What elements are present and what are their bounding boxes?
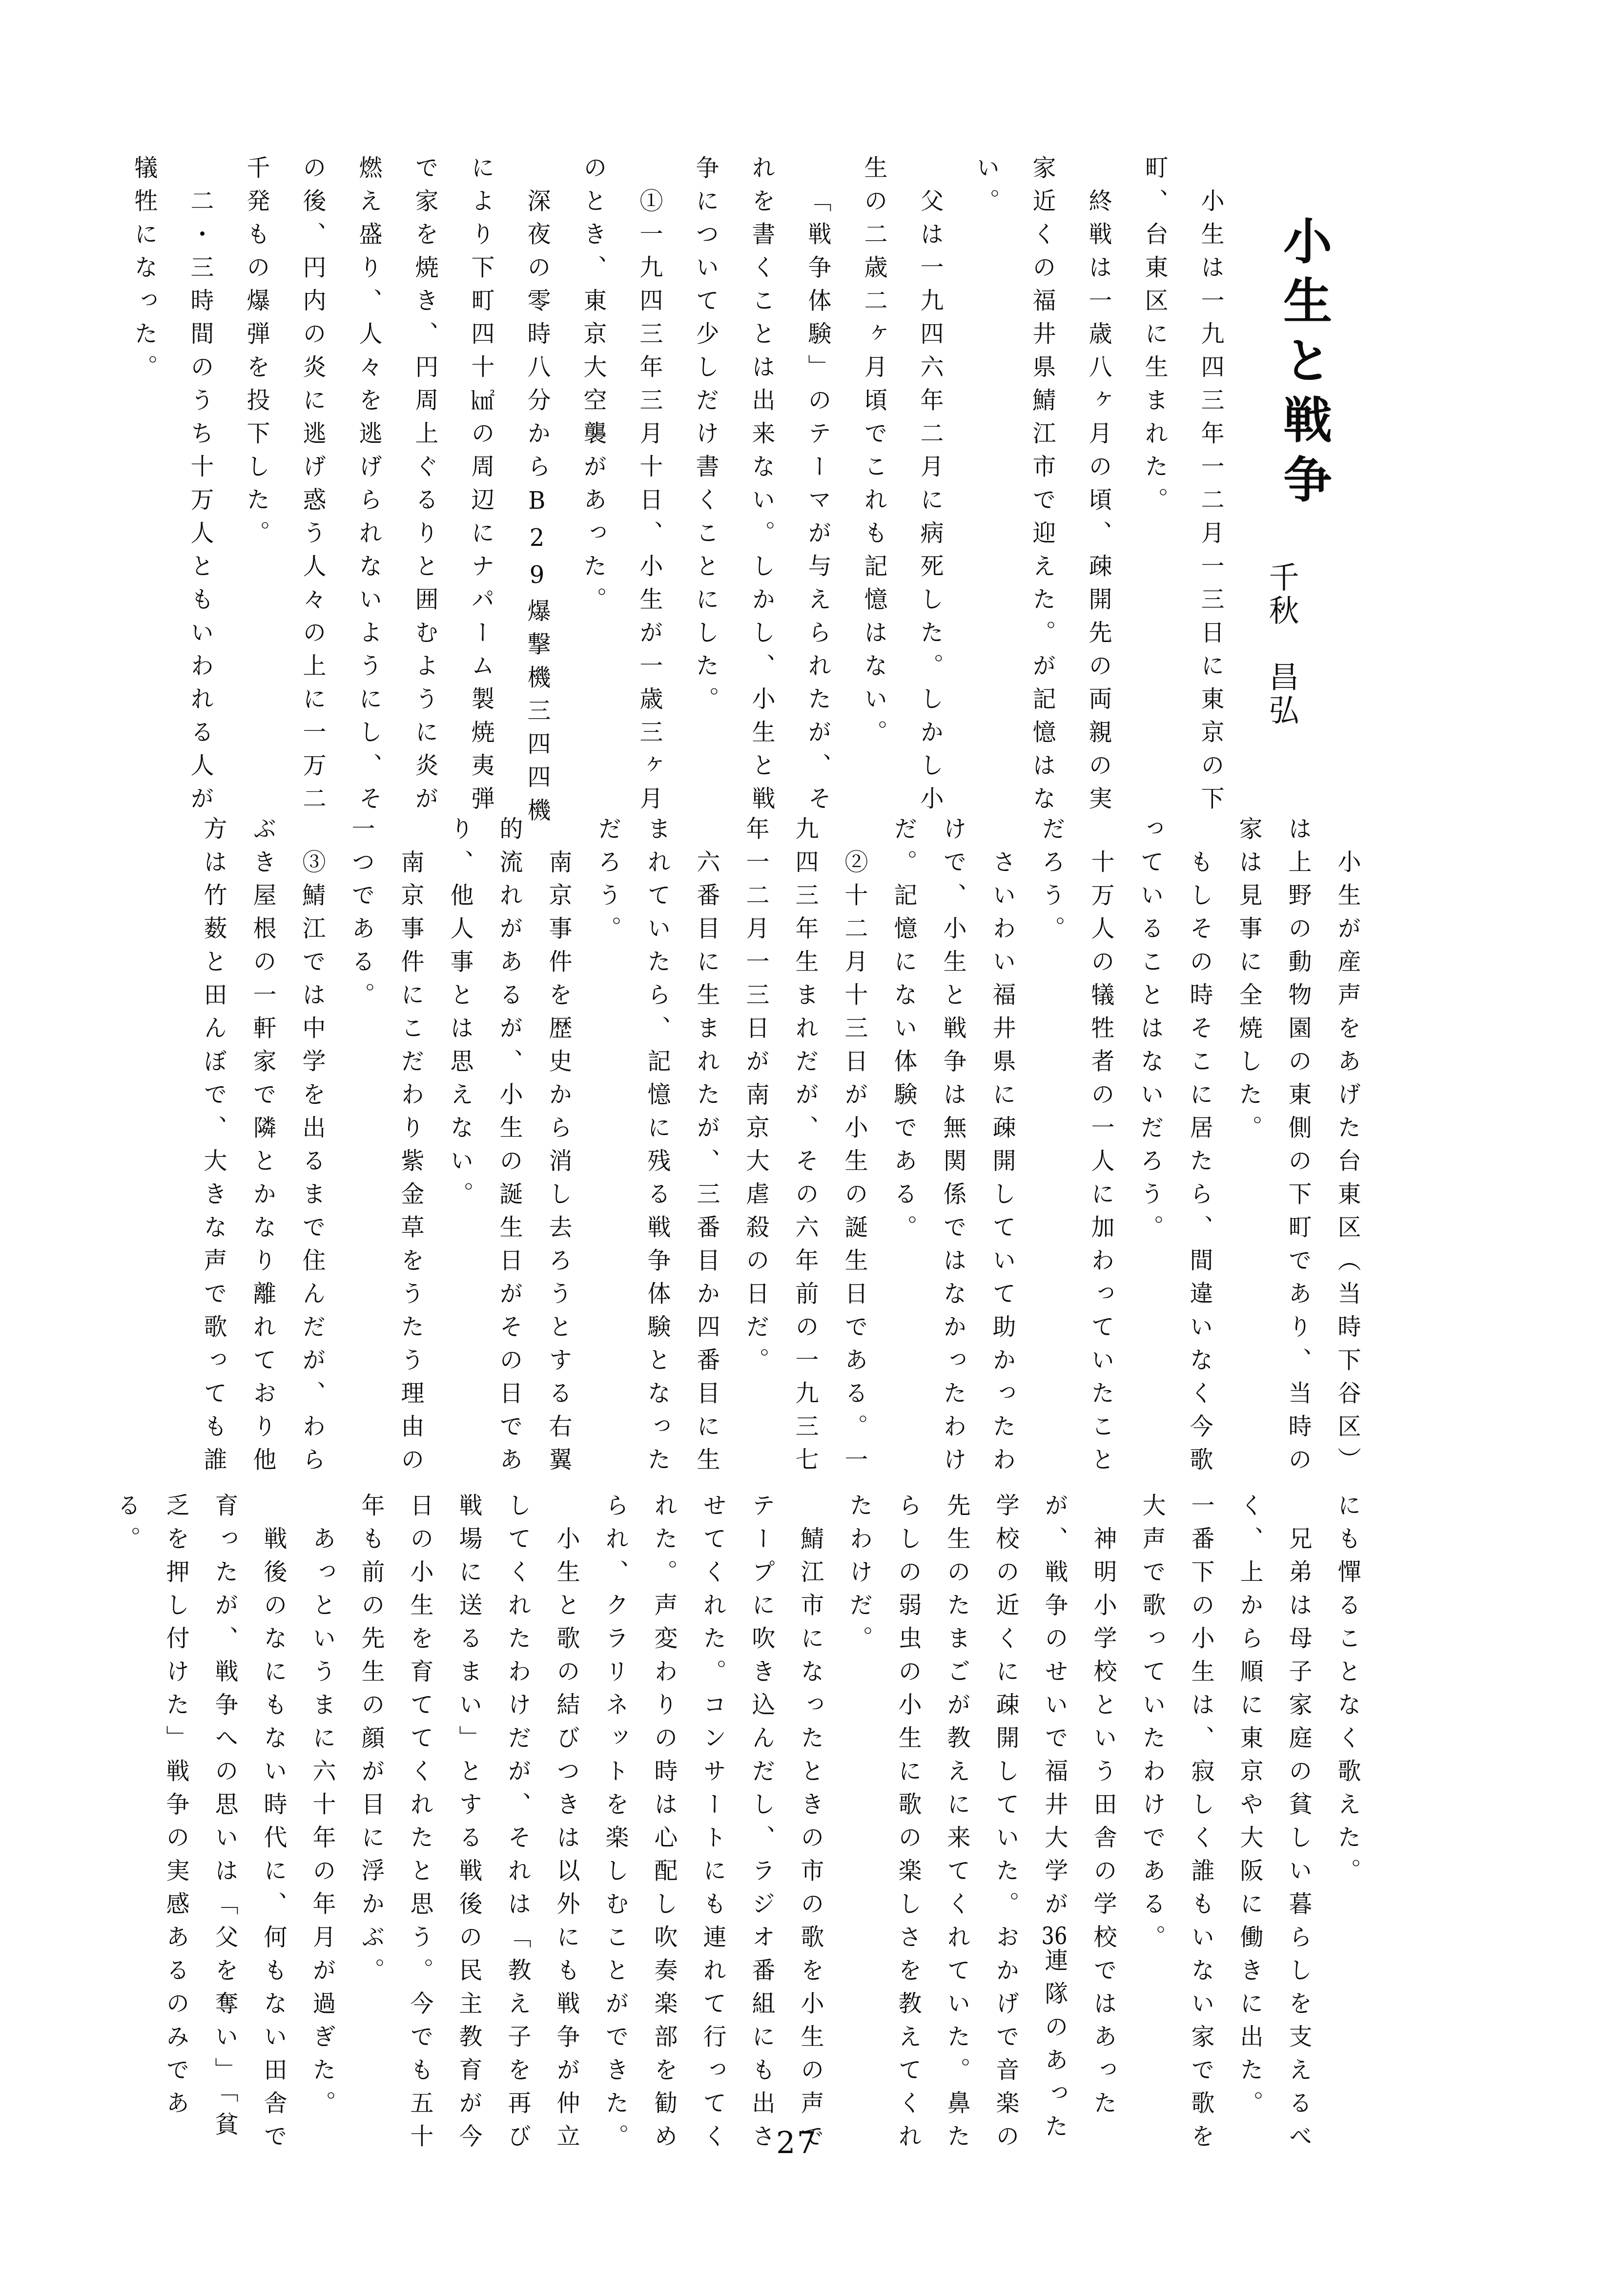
paragraph: 鯖江市になったときの市の歌を小生の声でテープに吹き込んだし、ラジオ番組にも出させ… [591, 1493, 835, 2172]
paragraph: 小生が産声をあげた台東区（当時下谷区）は上野の動物園の東側の下町であり、当時の家… [1224, 816, 1372, 1495]
paragraph: 南京事件を歴史から消し去ろうとする右翼的流れがあるが、小生の誕生日がその日であり… [435, 816, 583, 1495]
paragraph: 小生は一九四三年一二月一三日に東京の下町、台東区に生まれた。 [1126, 155, 1238, 836]
paragraph: 終戦は一歳八ヶ月の頃、疎開先の両親の実家近くの福井県鯖江市で迎えた。が記憶はない… [958, 155, 1126, 836]
paragraph: ①一九四三年三月十日、小生が一歳三ヶ月のとき、東京大空襲があった。 [565, 155, 677, 836]
paragraph: 小生と歌の結びつきは以外にも戦争が仲立してくれたわけだが、それは「教え子を再び戦… [347, 1493, 591, 2172]
paragraph: 父は一九四六年二月に病死した。しかし小生の二歳二ヶ月頃でこれも記憶はない。 [845, 155, 958, 836]
paragraph: ②十二月十三日が小生の誕生日である。一九四三年生まれだが、その六年前の一九三七年… [731, 816, 879, 1495]
paragraph: さいわい福井県に疎開していて助かったわけで、小生と戦争は無関係ではなかったわけだ… [879, 816, 1027, 1495]
paragraph: にも憚ることなく歌えた。 [1323, 1493, 1372, 2172]
page-title: 小生と戦争 [1269, 216, 1339, 558]
paragraph: ③鯖江では中学を出るまで住んだが、わらぶき屋根の一軒家で隣とかなり離れており他方… [188, 816, 336, 1495]
paragraph: もしその時そこに居たら、間違いなく今歌っていることはないだろう。 [1125, 816, 1224, 1495]
paragraph: 六番目に生まれたが、三番目か四番目に生まれていたら、記憶に残る戦争体験となっただ… [583, 816, 731, 1495]
paragraph: 南京事件にこだわり紫金草をうたう理由の一つである。 [336, 816, 435, 1495]
page-number: 27 [776, 2125, 818, 2160]
paragraph: 戦後のなにもない時代に、何もない田舎で育ったが、戦争への思いは「父を奪い」「貧乏… [103, 1493, 298, 2172]
paragraph: 一番下の小生は、寂しく誰もいない家で歌を大声で歌っていたわけである。 [1128, 1493, 1225, 2172]
paragraph: 神明小学校という田舎の学校ではあったが、戦争のせいで福井大学が36連隊のあった学… [835, 1493, 1128, 2172]
text-band-top: 小生は一九四三年一二月一三日に東京の下町、台東区に生まれた。 終戦は一歳八ヶ月の… [116, 155, 1238, 836]
paragraph: 十万人の犠牲者の一人に加わっていたことだろう。 [1027, 816, 1125, 1495]
scanned-document-page: 小生と戦争 千秋 昌弘 小生は一九四三年一二月一三日に東京の下町、台東区に生まれ… [0, 0, 1624, 2280]
paragraph: 二・三時間のうち十万人ともいわれる人が犠牲になった。 [116, 155, 228, 836]
paragraph: 兄弟は母子家庭の貧しい暮らしを支えるべく、上から順に東京や大阪に働きに出た。 [1225, 1493, 1323, 2172]
text-band-bottom: にも憚ることなく歌えた。 兄弟は母子家庭の貧しい暮らしを支えるべく、上から順に東… [103, 1493, 1372, 2172]
author-name: 千秋 昌弘 [1260, 561, 1303, 786]
paragraph: 「戦争体験」のテーマが与えられたが、それを書くことは出来ない。しかし、小生と戦争… [677, 155, 845, 836]
paragraph: あっというまに六十年の年月が過ぎた。 [298, 1493, 347, 2172]
paragraph: 深夜の零時八分からB29爆撃機三四四機により下町四十㎢の周辺にナパーム製焼夷弾で… [228, 155, 565, 836]
text-band-middle: 小生が産声をあげた台東区（当時下谷区）は上野の動物園の東側の下町であり、当時の家… [188, 816, 1372, 1495]
tate-chu-yoko-number: 36 [1041, 1925, 1068, 1948]
